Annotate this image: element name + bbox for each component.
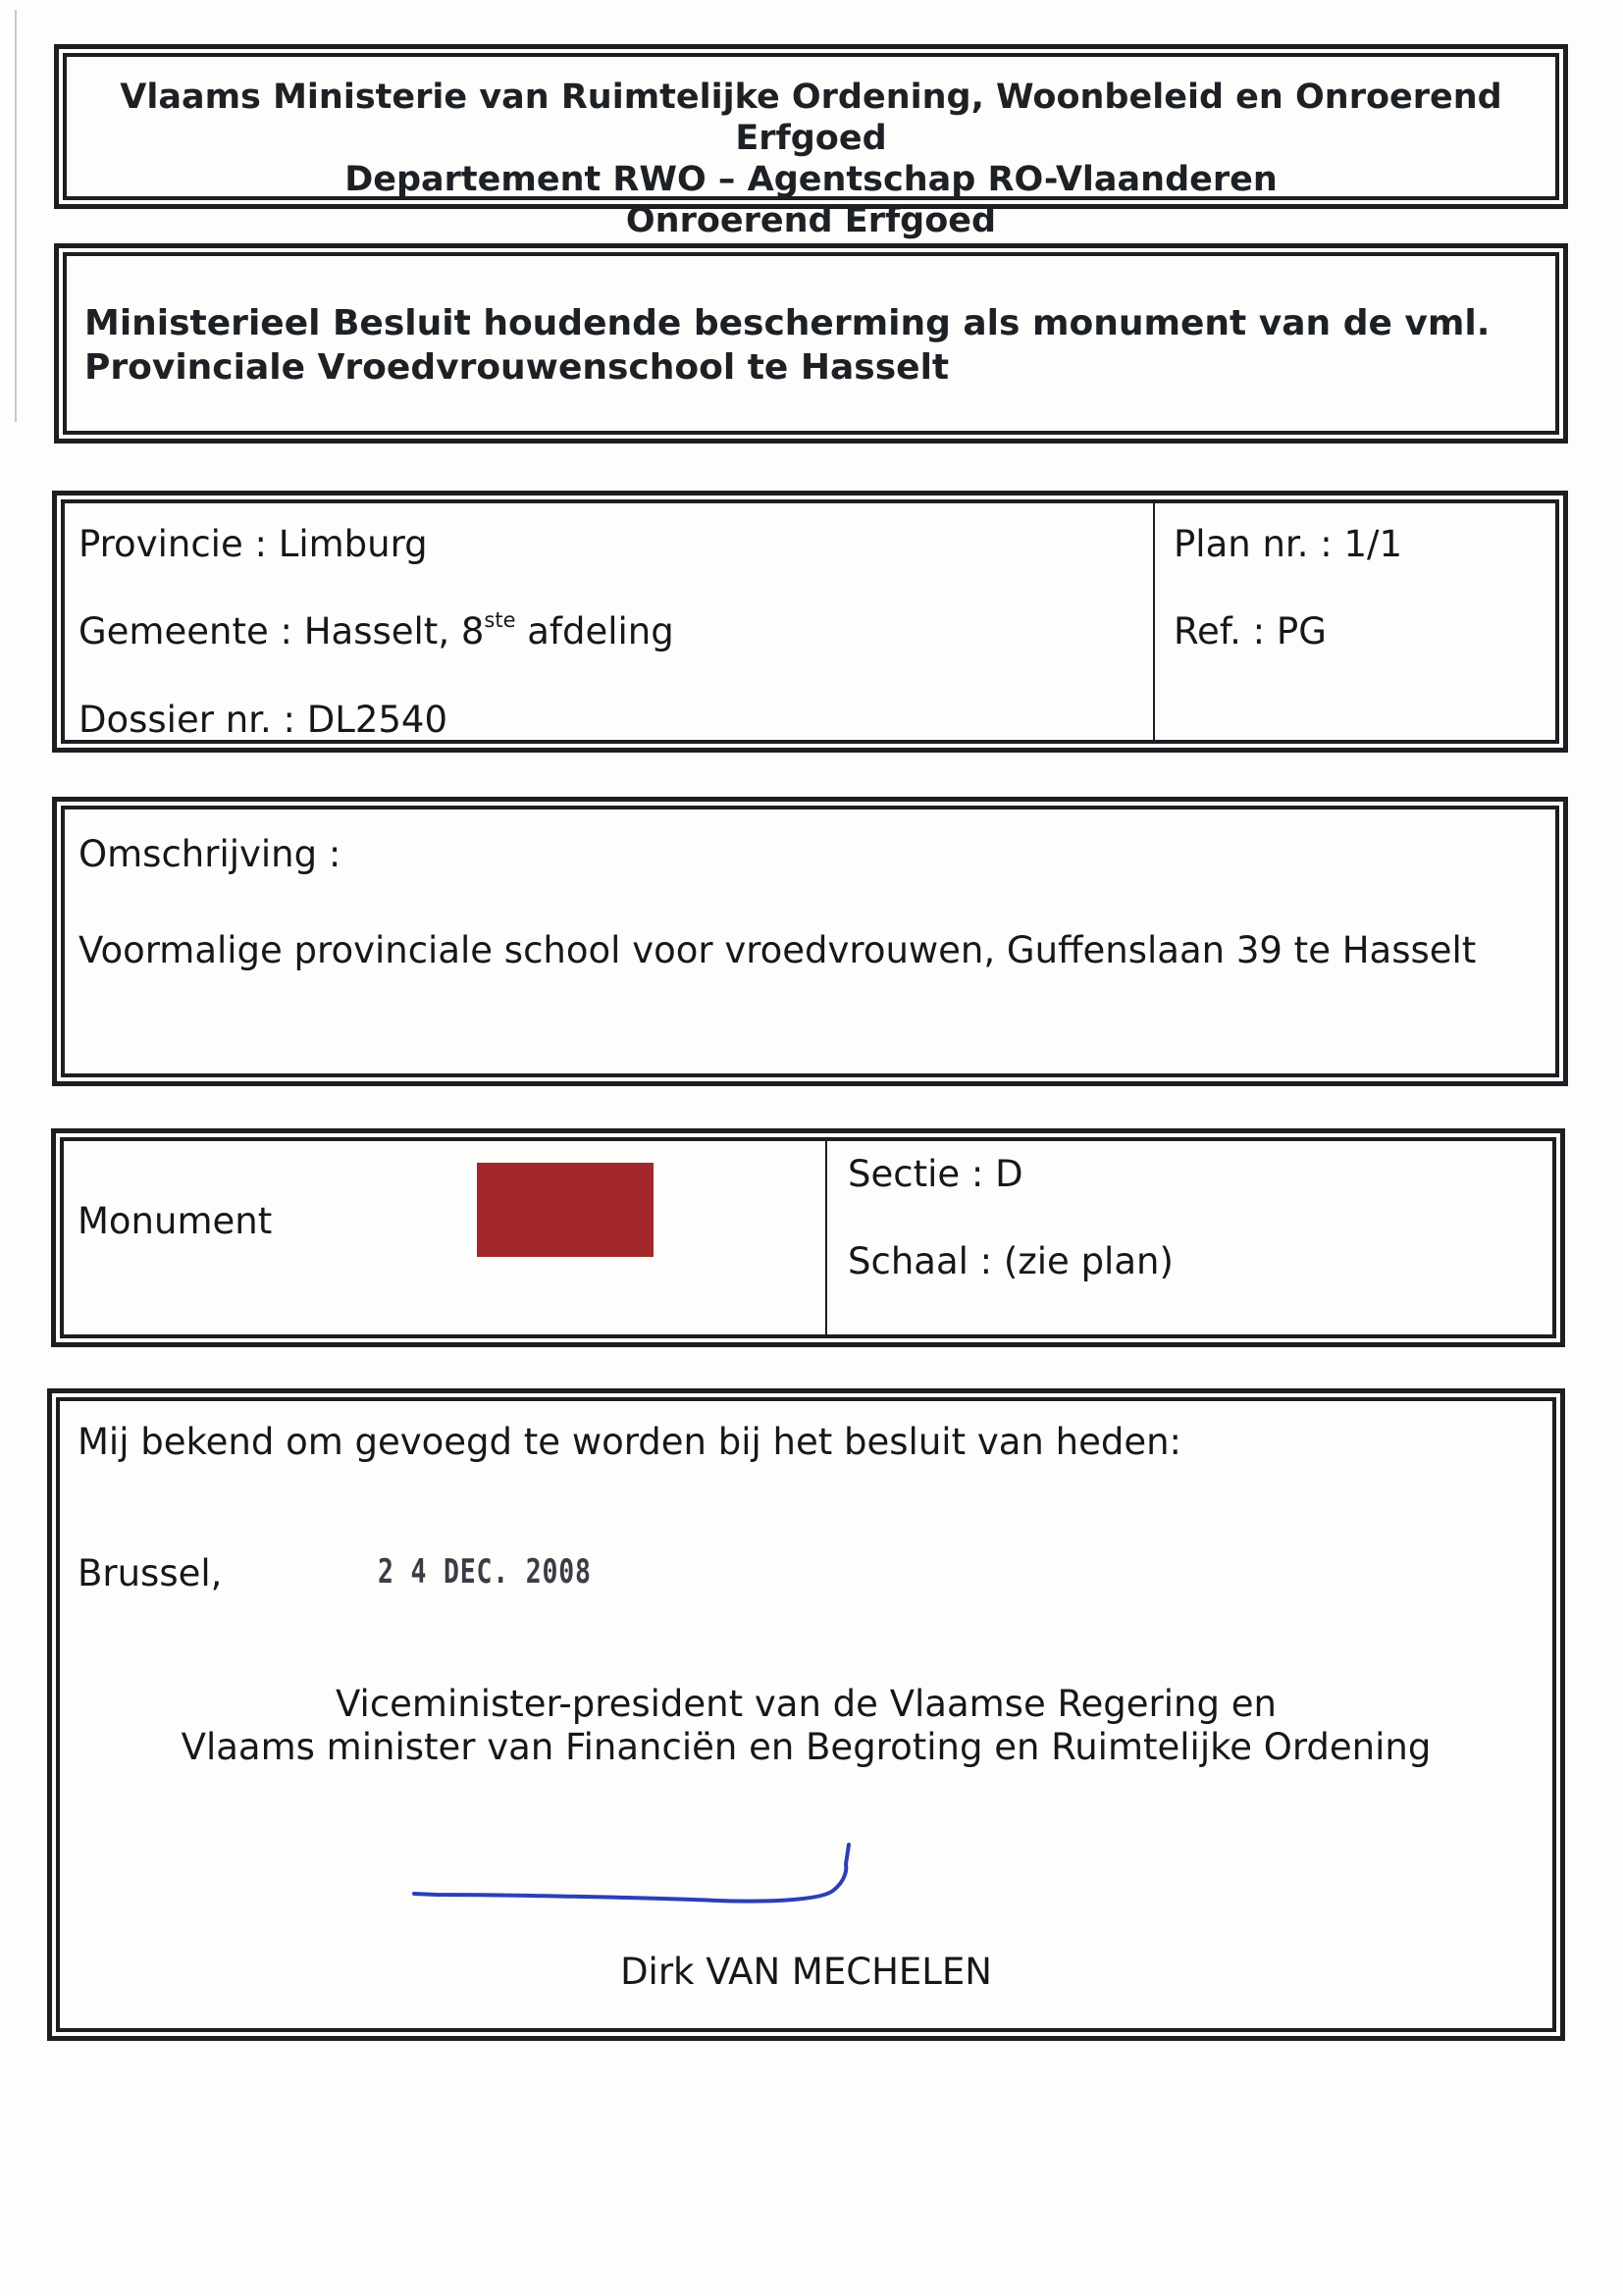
- gemeente-value: Hasselt, 8: [304, 610, 485, 652]
- location-info-box: Provincie : Limburg Gemeente : Hasselt, …: [52, 491, 1568, 753]
- signature-intro: Mij bekend om gevoegd te worden bij het …: [78, 1421, 1181, 1464]
- sectie-value: D: [995, 1153, 1023, 1195]
- sectie-field: Sectie : D: [848, 1153, 1023, 1196]
- dossier-label: Dossier nr. :: [79, 699, 307, 741]
- plan-field: Plan nr. : 1/1: [1174, 523, 1402, 566]
- gemeente-suffix: afdeling: [516, 610, 674, 652]
- info-column-divider: [1153, 503, 1155, 740]
- provincie-label: Provincie :: [79, 523, 279, 565]
- ministry-header: Vlaams Ministerie van Ruimtelijke Ordeni…: [67, 77, 1555, 241]
- ministry-header-box: Vlaams Ministerie van Ruimtelijke Ordeni…: [54, 44, 1568, 209]
- schaal-value: (zie plan): [1004, 1240, 1174, 1282]
- decree-title: Ministerieel Besluit houdende beschermin…: [84, 301, 1490, 390]
- ministry-name: Vlaams Ministerie van Ruimtelijke Ordeni…: [67, 77, 1555, 159]
- description-text: Voormalige provinciale school voor vroed…: [79, 929, 1476, 972]
- gemeente-field: Gemeente : Hasselt, 8ste afdeling: [79, 610, 674, 653]
- dossier-value: DL2540: [307, 699, 447, 741]
- monument-color-swatch: [477, 1163, 654, 1257]
- gemeente-superscript: ste: [484, 608, 515, 632]
- decree-title-line-1: Ministerieel Besluit houdende beschermin…: [84, 301, 1490, 345]
- plan-label: Plan nr. :: [1174, 523, 1344, 565]
- signatory-role-line-1: Viceminister-president van de Vlaamse Re…: [60, 1683, 1552, 1726]
- ref-value: PG: [1277, 610, 1327, 652]
- description-label: Omschrijving :: [79, 833, 340, 876]
- date-stamp: 2 4 DEC. 2008: [378, 1552, 592, 1592]
- signatory-role-line-2: Vlaams minister van Financiën en Begroti…: [60, 1726, 1552, 1769]
- legend-box: Monument Sectie : D Schaal : (zie plan): [51, 1128, 1565, 1347]
- signatory-name: Dirk VAN MECHELEN: [60, 1951, 1552, 1994]
- agency-name: Onroerend Erfgoed: [67, 200, 1555, 241]
- monument-label: Monument: [78, 1200, 272, 1243]
- place-label: Brussel,: [78, 1552, 222, 1595]
- provincie-field: Provincie : Limburg: [79, 523, 428, 566]
- gemeente-label: Gemeente :: [79, 610, 304, 652]
- handwritten-signature: [393, 1825, 942, 1943]
- sectie-label: Sectie :: [848, 1153, 995, 1195]
- plan-value: 1/1: [1344, 523, 1403, 565]
- decree-title-line-2: Provinciale Vroedvrouwenschool te Hassel…: [84, 345, 1490, 390]
- description-box: Omschrijving : Voormalige provinciale sc…: [52, 797, 1568, 1086]
- signature-box: Mij bekend om gevoegd te worden bij het …: [47, 1388, 1565, 2041]
- ref-label: Ref. :: [1174, 610, 1277, 652]
- department-name: Departement RWO – Agentschap RO-Vlaander…: [67, 159, 1555, 200]
- provincie-value: Limburg: [279, 523, 428, 565]
- schaal-field: Schaal : (zie plan): [848, 1240, 1174, 1283]
- ref-field: Ref. : PG: [1174, 610, 1327, 653]
- dossier-field: Dossier nr. : DL2540: [79, 699, 447, 742]
- legend-column-divider: [825, 1141, 827, 1334]
- schaal-label: Schaal :: [848, 1240, 1004, 1282]
- scan-margin-line: [15, 10, 17, 422]
- decree-title-box: Ministerieel Besluit houdende beschermin…: [54, 243, 1568, 444]
